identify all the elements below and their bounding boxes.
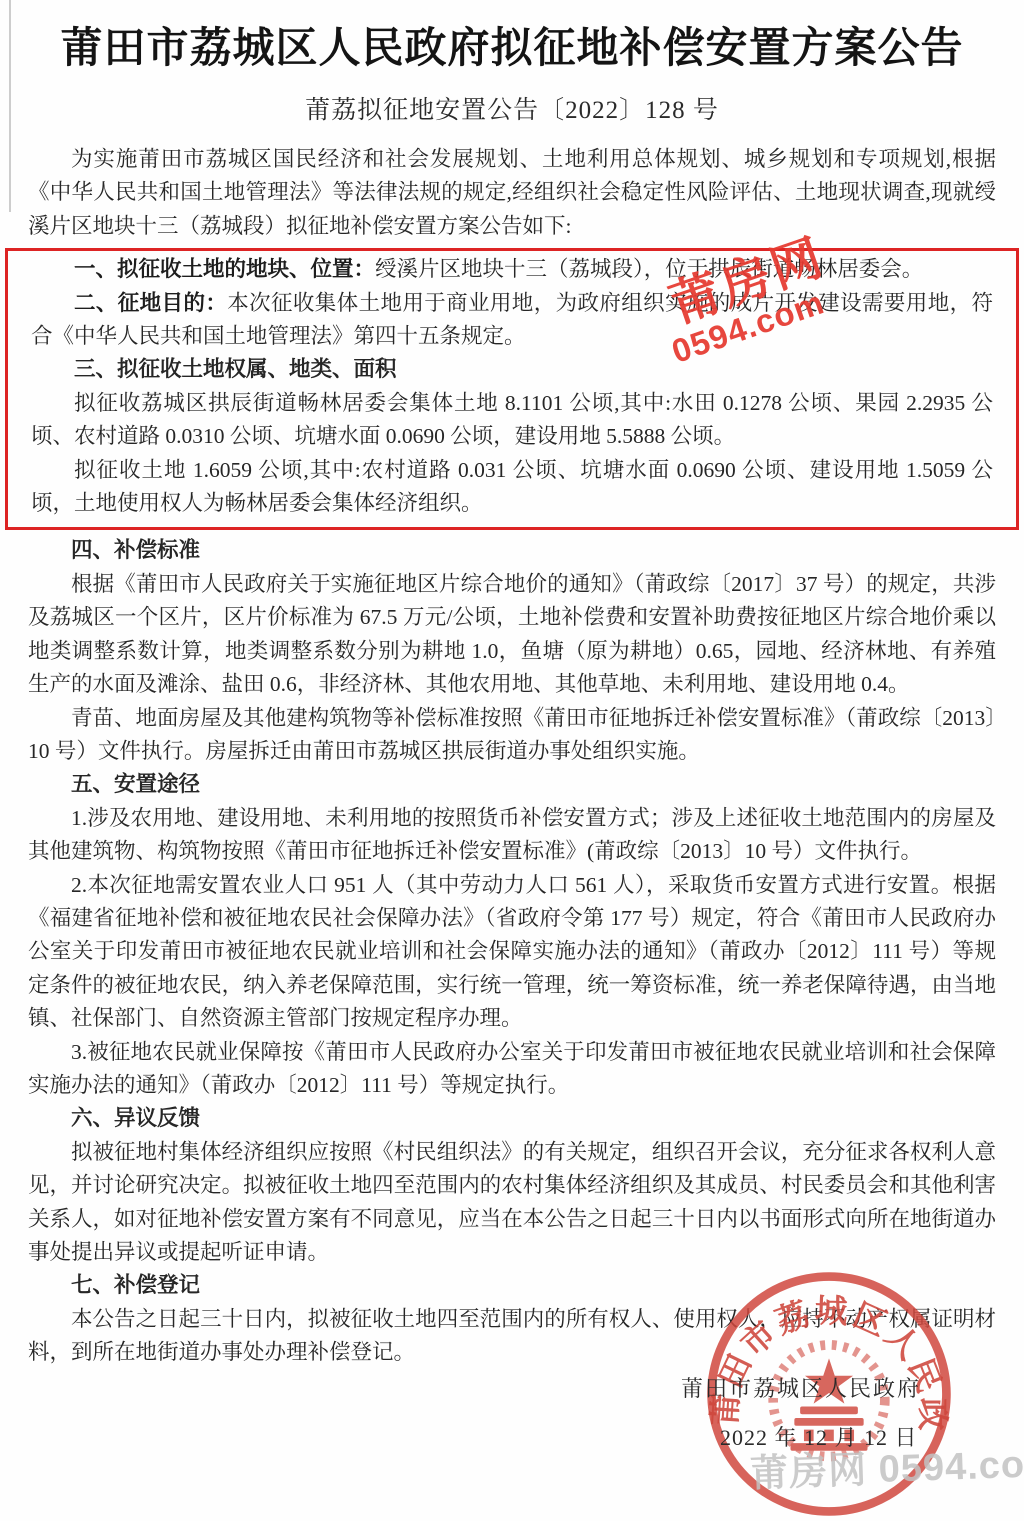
page-title: 莆田市荔城区人民政府拟征地补偿安置方案公告 (34, 22, 990, 76)
section-2-heading: 二、征地目的： (74, 291, 227, 315)
section-7-paragraph-1: 本公告之日起三十日内，拟被征收土地四至范围内的所有权人、使用权人，应持不动产权属… (28, 1303, 996, 1370)
signature-organization: 莆田市荔城区人民政府 (681, 1372, 921, 1403)
section-4-heading: 四、补偿标准 (28, 534, 996, 567)
section-4-paragraph-1: 根据《莆田市人民政府关于实施征地区片综合地价的通知》（莆政综〔2017〕37 号… (28, 568, 996, 702)
section-3-paragraph-1: 拟征收荔城区拱辰街道畅林居委会集体土地 8.1101 公顷,其中:水田 0.12… (31, 387, 993, 454)
highlight-box: 一、拟征收土地的地块、位置：绶溪片区地块十三（荔城段），位于拱辰街道畅林居委会。… (5, 248, 1019, 530)
section-5-paragraph-1: 1.涉及农用地、建设用地、未利用地的按照货币补偿安置方式；涉及上述征收土地范围内… (28, 802, 996, 869)
watermark-footer: 莆房网 0594.com (749, 1432, 1024, 1498)
section-5-heading: 五、安置途径 (28, 768, 996, 801)
section-2-paragraph: 二、征地目的：本次征收集体土地用于商业用地，为政府组织实施的成片开发建设需要用地… (31, 287, 993, 354)
section-4-paragraph-2: 青苗、地面房屋及其他建构筑物等补偿标准按照《莆田市征地拆迁补偿安置标准》（莆政综… (28, 702, 996, 769)
section-5-paragraph-2: 2.本次征地需安置农业人口 951 人（其中劳动力人口 561 人），采取货币安… (28, 869, 996, 1036)
intro-paragraph: 为实施莆田市荔城区国民经济和社会发展规划、土地利用总体规划、城乡规划和专项规划,… (28, 143, 996, 243)
section-1-heading: 一、拟征收土地的地块、位置： (74, 257, 375, 281)
section-1-text: 绶溪片区地块十三（荔城段），位于拱辰街道畅林居委会。 (375, 257, 923, 281)
announcement-page: 莆田市荔城区人民政府拟征地补偿安置方案公告 莆荔拟征地安置公告〔2022〕128… (0, 0, 1024, 1521)
section-5-paragraph-3: 3.被征地农民就业保障按《莆田市人民政府办公室关于印发莆田市被征地农民就业培训和… (28, 1036, 996, 1103)
section-3-paragraph-2: 拟征收土地 1.6059 公顷,其中:农村道路 0.031 公顷、坑塘水面 0.… (31, 454, 993, 521)
section-3-heading: 三、拟征收土地权属、地类、面积 (31, 353, 993, 386)
scan-artifact-line (9, 0, 11, 212)
section-6-paragraph-1: 拟被征地村集体经济组织应按照《村民组织法》的有关规定，组织召开会议，充分征求各权… (28, 1136, 996, 1270)
section-7-heading: 七、补偿登记 (28, 1269, 996, 1302)
document-content: 莆田市荔城区人民政府拟征地补偿安置方案公告 莆荔拟征地安置公告〔2022〕128… (0, 22, 1024, 1370)
doc-number: 莆荔拟征地安置公告〔2022〕128 号 (28, 90, 996, 126)
section-6-heading: 六、异议反馈 (28, 1102, 996, 1135)
section-1-paragraph: 一、拟征收土地的地块、位置：绶溪片区地块十三（荔城段），位于拱辰街道畅林居委会。 (31, 253, 993, 286)
